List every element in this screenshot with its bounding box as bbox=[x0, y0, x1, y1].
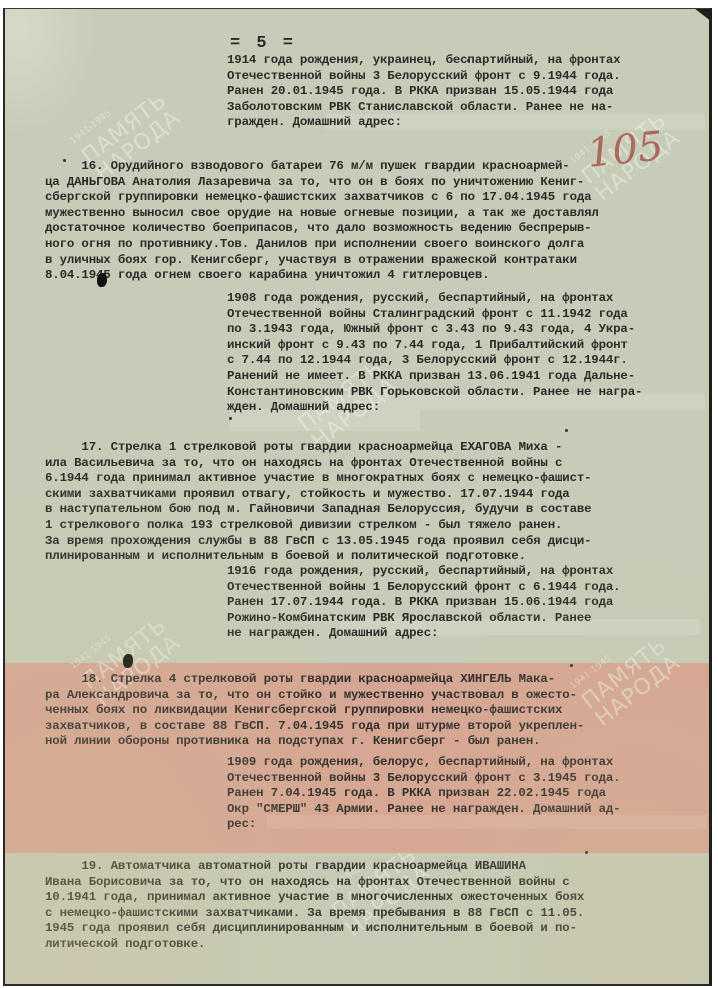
bio-paragraph: 1914 года рождения, украинец, беспартийн… bbox=[227, 53, 620, 131]
text-line: ила Васильевича за то, что он находясь н… bbox=[45, 456, 591, 472]
text-line: Ранен 20.01.1945 года. В РККА призван 15… bbox=[227, 84, 620, 100]
text-line: Отечественной войны Сталинградский фронт… bbox=[227, 307, 642, 323]
text-line: с немецко-фашистскими захватчиками. За в… bbox=[45, 906, 584, 922]
text-line: Рожино-Комбинатским РВК Ярославской обла… bbox=[227, 611, 620, 627]
bio-paragraph: 1916 года рождения, русский, беспартийны… bbox=[227, 564, 620, 642]
text-line: Константиновским РВК Горьковской области… bbox=[227, 385, 642, 401]
text-line: 1916 года рождения, русский, беспартийны… bbox=[227, 564, 620, 580]
paper-speck bbox=[467, 59, 470, 62]
text-line: инский фронт с 9.43 по 7.44 года, 1 Приб… bbox=[227, 338, 642, 354]
text-line: скими захватчиками проявил отвагу, стойк… bbox=[45, 487, 591, 503]
text-line: 16. Орудийного взводового батареи 76 м/м… bbox=[45, 159, 599, 175]
document-page: 1941-1945 ПАМЯТЬ НАРОДА 1941-1945 ПАМЯТЬ… bbox=[3, 8, 712, 986]
text-line: 8.04.1945 года огнем своего карабина уни… bbox=[45, 268, 599, 284]
text-line: За время прохождения службы в 88 ГвСП с … bbox=[45, 534, 591, 550]
text-line: Отечественной войны 3 Белорусский фронт … bbox=[227, 69, 620, 85]
bio-paragraph: 1908 года рождения, русский, беспартийны… bbox=[227, 291, 642, 416]
text-line: 6.1944 года принимал активное участие в … bbox=[45, 471, 591, 487]
text-line: рес: bbox=[227, 817, 620, 833]
award-entry-16: 16. Орудийного взводового батареи 76 м/м… bbox=[45, 159, 599, 284]
text-line: не награжден. Домашний адрес: bbox=[227, 626, 620, 642]
text-line: в наступательном бою под м. Гайновичи За… bbox=[45, 502, 591, 518]
text-line: гражден. Домашний адрес: bbox=[227, 115, 620, 131]
text-line: жден. Домашний адрес: bbox=[227, 400, 642, 416]
text-line: Отечественной войны 1 Белорусский фронт … bbox=[227, 580, 620, 596]
award-entry-19: 19. Автоматчика автоматной роты гвардии … bbox=[45, 859, 584, 953]
text-line: Ранен 17.07.1944 года. В РККА призван 15… bbox=[227, 595, 620, 611]
text-line: 1909 года рождения, белорус, беспартийны… bbox=[227, 755, 620, 771]
text-line: 19. Автоматчика автоматной роты гвардии … bbox=[45, 859, 584, 875]
paper-speck bbox=[229, 417, 232, 420]
text-line: Отечественной войны 3 Белорусский фронт … bbox=[227, 771, 620, 787]
paper-speck bbox=[570, 664, 573, 667]
text-line: ра Александровича за то, что он стойко и… bbox=[45, 688, 584, 704]
text-line: плинированным и исполнительным в боевой … bbox=[45, 549, 591, 565]
page-corner-fold bbox=[694, 8, 712, 22]
text-line: Ранений не имеет. В РККА призван 13.06.1… bbox=[227, 369, 642, 385]
text-line: ной линии обороны противника на подступа… bbox=[45, 734, 584, 750]
text-line: мужественно выносил свое орудие на новые… bbox=[45, 206, 599, 222]
paper-speck bbox=[63, 159, 66, 162]
text-line: 18. Стрелка 4 стрелковой роты гвардии кр… bbox=[45, 672, 584, 688]
award-entry-18: 18. Стрелка 4 стрелковой роты гвардии кр… bbox=[45, 672, 584, 750]
text-line: сбергской группировки немецко-фашистских… bbox=[45, 190, 599, 206]
text-line: захватчиков, в составе 88 ГвСП. 7.04.194… bbox=[45, 719, 584, 735]
paper-speck bbox=[585, 851, 588, 854]
text-line: Окр "СМЕРШ" 43 Армии. Ранее не награжден… bbox=[227, 802, 620, 818]
text-line: 1908 года рождения, русский, беспартийны… bbox=[227, 291, 642, 307]
text-line: 10.1941 года, принимал активное участие … bbox=[45, 890, 584, 906]
page-number: = 5 = bbox=[230, 34, 296, 53]
ink-blot bbox=[97, 273, 107, 287]
paper-speck bbox=[565, 429, 568, 432]
text-line: Заболотовским РВК Станиславской области.… bbox=[227, 100, 620, 116]
text-line: 1914 года рождения, украинец, беспартийн… bbox=[227, 53, 620, 69]
text-line: литической подготовке. bbox=[45, 937, 584, 953]
text-line: ного огня по противнику.Тов. Данилов при… bbox=[45, 237, 599, 253]
text-line: по 3.1943 года, Южный фронт с 3.43 по 9.… bbox=[227, 322, 642, 338]
text-line: 17. Стрелка 1 стрелковой роты гвардии кр… bbox=[45, 440, 591, 456]
text-line: 1945 года проявил себя дисциплинированны… bbox=[45, 921, 584, 937]
text-line: Ивана Борисовича за то, что он находясь … bbox=[45, 875, 584, 891]
text-line: ченных боях по ликвидации Кенигсбергской… bbox=[45, 703, 584, 719]
text-line: достаточное количество боеприпасов, что … bbox=[45, 221, 599, 237]
text-line: Ранен 7.04.1945 года. В РККА призван 22.… bbox=[227, 786, 620, 802]
text-line: в уличных боях гор. Кенигсберг, участвуя… bbox=[45, 253, 599, 269]
award-entry-17: 17. Стрелка 1 стрелковой роты гвардии кр… bbox=[45, 440, 591, 565]
text-line: с 7.44 по 12.1944 года, 3 Белорусский фр… bbox=[227, 353, 642, 369]
text-line: 1 стрелкового полка 193 стрелковой дивиз… bbox=[45, 518, 591, 534]
bio-paragraph: 1909 года рождения, белорус, беспартийны… bbox=[227, 755, 620, 833]
ink-blot bbox=[123, 654, 133, 668]
text-line: ца ДАНЬГОВА Анатолия Лазаревича за то, ч… bbox=[45, 175, 599, 191]
